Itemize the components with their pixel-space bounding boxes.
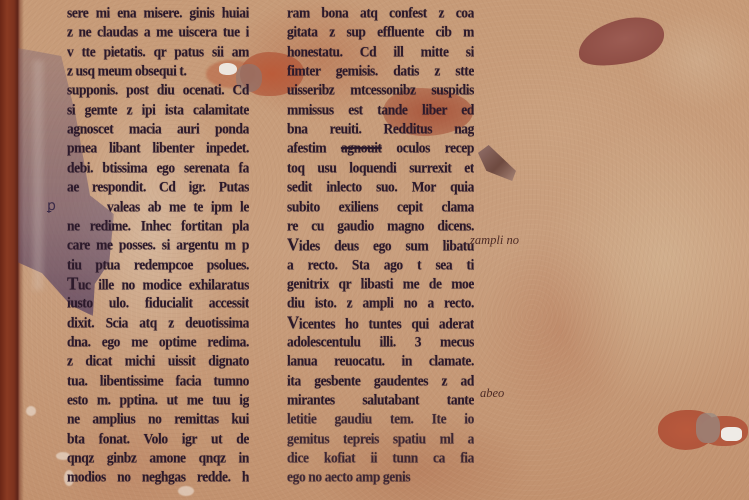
manuscript-line: fimter gemisis. datis z stte bbox=[287, 61, 474, 80]
pale-streak-left bbox=[33, 60, 43, 290]
manuscript-line: ego no aecto amp genis bbox=[287, 468, 474, 487]
marginal-mark-left: ꝑ bbox=[47, 198, 56, 214]
manuscript-line: z dicat michi uissit dignato bbox=[67, 352, 249, 371]
manuscript-line: sere mi ena misere. ginis huiai bbox=[67, 3, 249, 22]
red-stain-top-right bbox=[573, 10, 669, 74]
manuscript-line: afestim agnouit oculos recep bbox=[287, 139, 474, 158]
manuscript-line: a recto. Sta ago t sea ti bbox=[287, 255, 474, 274]
manuscript-line: dixit. Scia atq z deuotissima bbox=[67, 313, 249, 332]
manuscript-line: ae respondit. Cd igr. Putas bbox=[67, 177, 249, 196]
manuscript-line: bta fonat. Volo igr ut de bbox=[67, 429, 249, 448]
manuscript-line: bna reuiti. Redditus nag bbox=[287, 119, 474, 138]
manuscript-line: honestatu. Cd ill mitte si bbox=[287, 42, 474, 61]
manuscript-line: Vides deus ego sum libatu bbox=[287, 235, 474, 254]
manuscript-leaf: sere mi ena misere. ginis huiai z ne cla… bbox=[0, 0, 749, 500]
manuscript-line: valeas ab me te ipm le bbox=[107, 197, 249, 216]
marginal-note: zampli no bbox=[470, 233, 519, 248]
manuscript-line: toq usu loquendi surrexit et bbox=[287, 158, 474, 177]
scratch-mark bbox=[178, 486, 194, 496]
manuscript-line: debi. btissima ego serenata fa bbox=[67, 158, 249, 177]
manuscript-line: mmissus est tande liber ed bbox=[287, 100, 474, 119]
manuscript-line: care me posses. si argentu m p bbox=[67, 235, 249, 254]
manuscript-line: tiu ptua redempcoe psolues. bbox=[67, 255, 249, 274]
manuscript-line: re cu gaudio magno dicens. bbox=[287, 216, 474, 235]
line-text: afestim bbox=[287, 140, 326, 156]
manuscript-line: agnoscet macia auri ponda bbox=[67, 119, 249, 138]
manuscript-line: modios no neghgas redde. h bbox=[67, 468, 249, 487]
manuscript-line: gemitus tepreis spatiu ml a bbox=[287, 429, 474, 448]
manuscript-line: adolescentulu illi. 3 mecus bbox=[287, 332, 474, 351]
marginal-note: abeo bbox=[480, 386, 504, 401]
manuscript-line: sedit inlecto suo. Mor quia bbox=[287, 177, 474, 196]
abrasion-bottom-right bbox=[696, 413, 720, 443]
manuscript-line: subito exiliens cepit clama bbox=[287, 197, 474, 216]
manuscript-line: supponis. post diu ocenati. Cd bbox=[67, 81, 249, 100]
manuscript-line: dna. ego me optime redima. bbox=[67, 332, 249, 351]
manuscript-line: pmea libant libenter inpedet. bbox=[67, 139, 249, 158]
scratch-mark bbox=[26, 406, 36, 416]
manuscript-line: mirantes salutabant tante bbox=[287, 390, 474, 409]
parchment-fragment bbox=[478, 145, 516, 181]
manuscript-line: Tuc ille no modice exhilaratus bbox=[67, 274, 249, 293]
manuscript-line: v tte pietatis. qr patus sii am bbox=[67, 42, 249, 61]
manuscript-line: dice kofiat ii tunn ca fia bbox=[287, 448, 474, 467]
manuscript-line: letitie gaudiu tem. Ite io bbox=[287, 410, 474, 429]
manuscript-line: esto m. pptina. ut me tuu ig bbox=[67, 390, 249, 409]
manuscript-line: uisseribz mtcessonibz suspidis bbox=[287, 81, 474, 100]
hole-bottom-right bbox=[721, 427, 742, 441]
manuscript-line: lanua reuocatu. in clamate. bbox=[287, 352, 474, 371]
manuscript-line: iusto ulo. fiducialit accessit bbox=[67, 294, 249, 313]
manuscript-line: z usq meum obsequi t. bbox=[67, 61, 249, 80]
manuscript-line: genitrix qr libasti me de moe bbox=[287, 274, 474, 293]
manuscript-line: Vicentes ho tuntes qui aderat bbox=[287, 313, 474, 332]
struck-word: agnouit bbox=[341, 140, 382, 156]
binding-strip bbox=[0, 0, 20, 500]
line-text: oculos recep bbox=[396, 140, 474, 156]
manuscript-line: gitata z sup effluente cib m bbox=[287, 23, 474, 42]
manuscript-line: si gemte z ipi ista calamitate bbox=[67, 100, 249, 119]
manuscript-line: diu isto. z ampli no a recto. bbox=[287, 294, 474, 313]
manuscript-line: ita gesbente gaudentes z ad bbox=[287, 371, 474, 390]
manuscript-line: z ne claudas a me uiscera tue i bbox=[67, 23, 249, 42]
manuscript-line: tua. libentissime facia tumno bbox=[67, 371, 249, 390]
manuscript-line: ne amplius no remittas kui bbox=[67, 410, 249, 429]
manuscript-line: qnqz ginbz amone qnqz in bbox=[67, 448, 249, 467]
manuscript-line: ram bona atq confest z coa bbox=[287, 3, 474, 22]
manuscript-line: ne redime. Inhec fortitan pla bbox=[67, 216, 249, 235]
